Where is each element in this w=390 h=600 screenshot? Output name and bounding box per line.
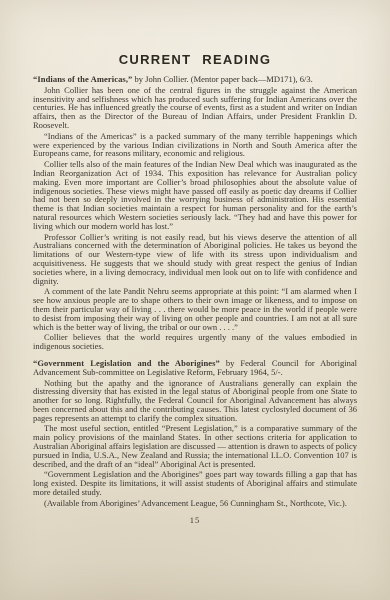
paragraph: “Indians of the Americas” is a packed su… bbox=[33, 132, 357, 158]
paragraph: The most useful section, entitled “Prese… bbox=[33, 424, 357, 468]
review-indians-of-the-americas: “Indians of the Americas,” by John Colli… bbox=[33, 75, 357, 351]
paragraph: (Available from Aborigines’ Advancement … bbox=[33, 499, 357, 508]
paragraph: A comment of the late Pandit Nehru seems… bbox=[33, 287, 357, 331]
paragraph: Collier believes that the world requires… bbox=[33, 333, 357, 351]
paragraph: “Government Legislation and the Aborigin… bbox=[33, 470, 357, 496]
page-number: 15 bbox=[33, 515, 357, 525]
scanned-page: CURRENT READING “Indians of the Americas… bbox=[0, 0, 390, 600]
paragraph: Collier tells also of the main features … bbox=[33, 160, 357, 230]
review-heading-rest: by John Collier. (Mentor paper back—MD17… bbox=[132, 74, 312, 84]
paragraph: Professor Collier’s writing is not easil… bbox=[33, 233, 357, 286]
review-heading-bold: “Indians of the Americas,” bbox=[33, 74, 132, 84]
review-heading: “Government Legislation and the Aborigin… bbox=[33, 359, 357, 377]
page-content: CURRENT READING “Indians of the Americas… bbox=[33, 52, 357, 525]
review-government-legislation: “Government Legislation and the Aborigin… bbox=[33, 359, 357, 508]
review-heading: “Indians of the Americas,” by John Colli… bbox=[33, 75, 357, 84]
page-title: CURRENT READING bbox=[33, 52, 357, 67]
paragraph: Nothing but the apathy and the ignorance… bbox=[33, 379, 357, 423]
paragraph: John Collier has been one of the central… bbox=[33, 86, 357, 130]
